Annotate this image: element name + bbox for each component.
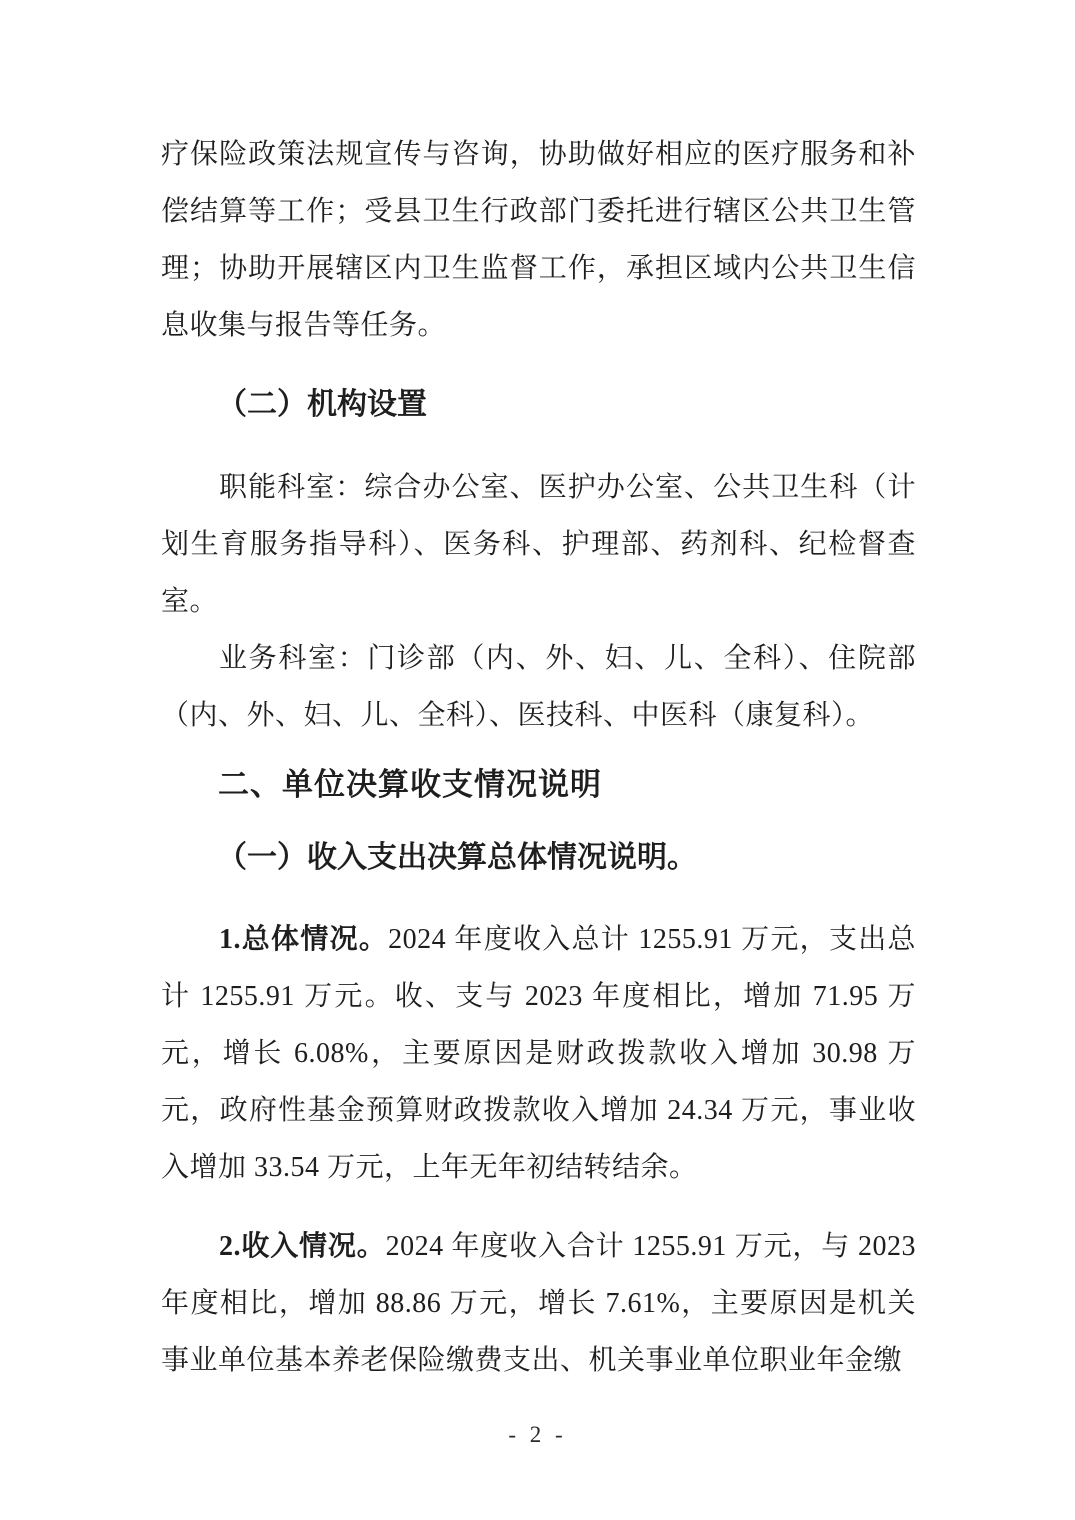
document-page: 疗保险政策法规宣传与咨询，协助做好相应的医疗服务和补偿结算等工作；受县卫生行政部… [0,0,1075,1520]
paragraph-functional-depts: 职能科室：综合办公室、医护办公室、公共卫生科（计划生育服务指导科）、医务科、护理… [161,459,916,630]
document-body: 疗保险政策法规宣传与咨询，协助做好相应的医疗服务和补偿结算等工作；受县卫生行政部… [161,126,916,1389]
paragraph-overall-lead: 1.总体情况。 [219,924,388,955]
paragraph-overall-body: 2024 年度收入总计 1255.91 万元，支出总计 1255.91 万元。收… [161,924,916,1183]
paragraph-income-lead: 2.收入情况。 [219,1231,386,1262]
paragraph-continuation: 疗保险政策法规宣传与咨询，协助做好相应的医疗服务和补偿结算等工作；受县卫生行政部… [161,126,916,354]
paragraph-overall-situation: 1.总体情况。2024 年度收入总计 1255.91 万元，支出总计 1255.… [161,911,916,1196]
paragraph-income-situation: 2.收入情况。2024 年度收入合计 1255.91 万元，与 2023 年度相… [161,1218,916,1389]
heading-org-setup: （二）机构设置 [161,376,916,433]
paragraph-business-depts: 业务科室：门诊部（内、外、妇、儿、全科）、住院部（内、外、妇、儿、全科）、医技科… [161,630,916,744]
heading-section-2: 二、单位决算收支情况说明 [161,756,916,813]
heading-subsection-1: （一）收入支出决算总体情况说明。 [161,829,916,886]
page-number: - 2 - [0,1422,1075,1448]
